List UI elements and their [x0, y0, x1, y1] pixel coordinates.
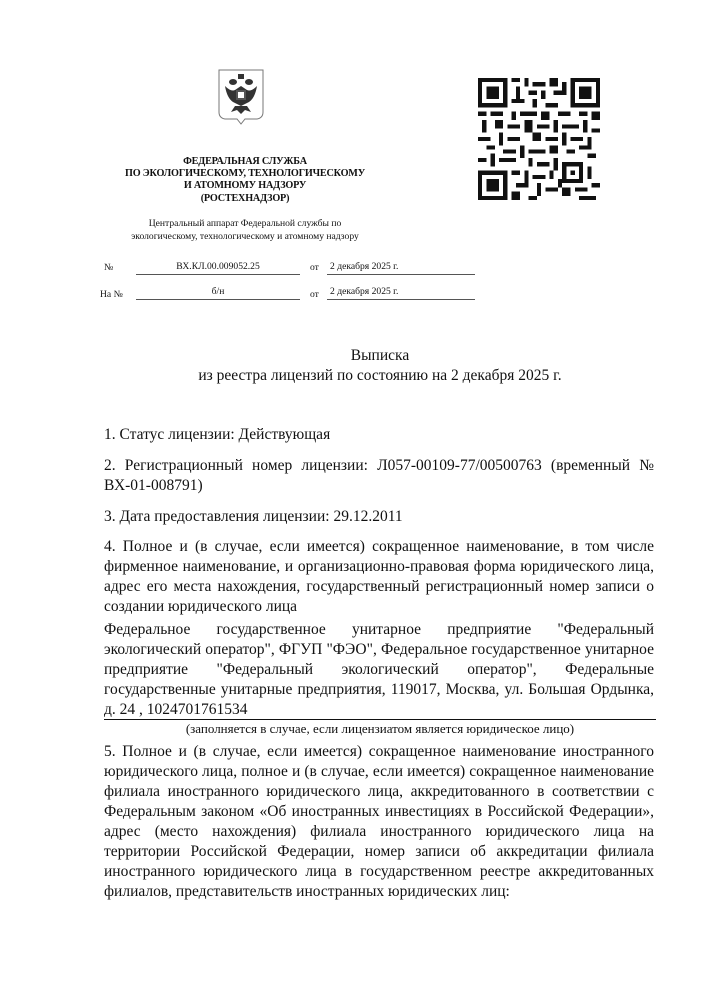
number-label: № [104, 262, 113, 273]
agency-line: (РОСТЕХНАДЗОР) [100, 193, 390, 205]
item-license-status: 1. Статус лицензии: Действующая [104, 425, 654, 445]
from-label: от [310, 262, 319, 273]
item5-heading: 5. Полное и (в случае, если имеется) сок… [104, 742, 654, 902]
subtitle-line: из реестра лицензий по состоянию на 2 де… [170, 366, 590, 386]
qr-code-icon [478, 78, 600, 200]
outgoing-date-field: 2 декабря 2025 г. [327, 261, 475, 275]
agency-line: ФЕДЕРАЛЬНАЯ СЛУЖБА [100, 156, 390, 168]
russian-coat-of-arms-icon [217, 68, 265, 126]
reply-number-field: б/н [136, 286, 300, 300]
reply-from-label: от [310, 289, 319, 300]
item4-value: Федеральное государственное унитарное пр… [104, 620, 654, 720]
reply-number-label: На № [100, 289, 123, 300]
title-line: Выписка [170, 346, 590, 366]
item-registration-number: 2. Регистрационный номер лицензии: Л057-… [104, 456, 654, 496]
outgoing-number-field: ВХ.КЛ.00.009052.25 [136, 261, 300, 275]
item4-heading: 4. Полное и (в случае, если имеется) сок… [104, 537, 654, 617]
item4-caption: (заполняется в случае, если лицензиатом … [104, 721, 656, 737]
agency-name: ФЕДЕРАЛЬНАЯ СЛУЖБА ПО ЭКОЛОГИЧЕСКОМУ, ТЕ… [100, 156, 390, 205]
agency-line: И АТОМНОМУ НАДЗОРУ [100, 180, 390, 192]
apparatus-name: Центральный аппарат Федеральной службы п… [80, 217, 410, 243]
apparatus-line: экологическому, технологическому и атомн… [80, 230, 410, 243]
apparatus-line: Центральный аппарат Федеральной службы п… [80, 217, 410, 230]
document-title: Выписка из реестра лицензий по состоянию… [170, 346, 590, 386]
reply-date-field: 2 декабря 2025 г. [327, 286, 475, 300]
agency-line: ПО ЭКОЛОГИЧЕСКОМУ, ТЕХНОЛОГИЧЕСКОМУ [100, 168, 390, 180]
item-issue-date: 3. Дата предоставления лицензии: 29.12.2… [104, 507, 654, 527]
item4-underline [104, 719, 656, 720]
